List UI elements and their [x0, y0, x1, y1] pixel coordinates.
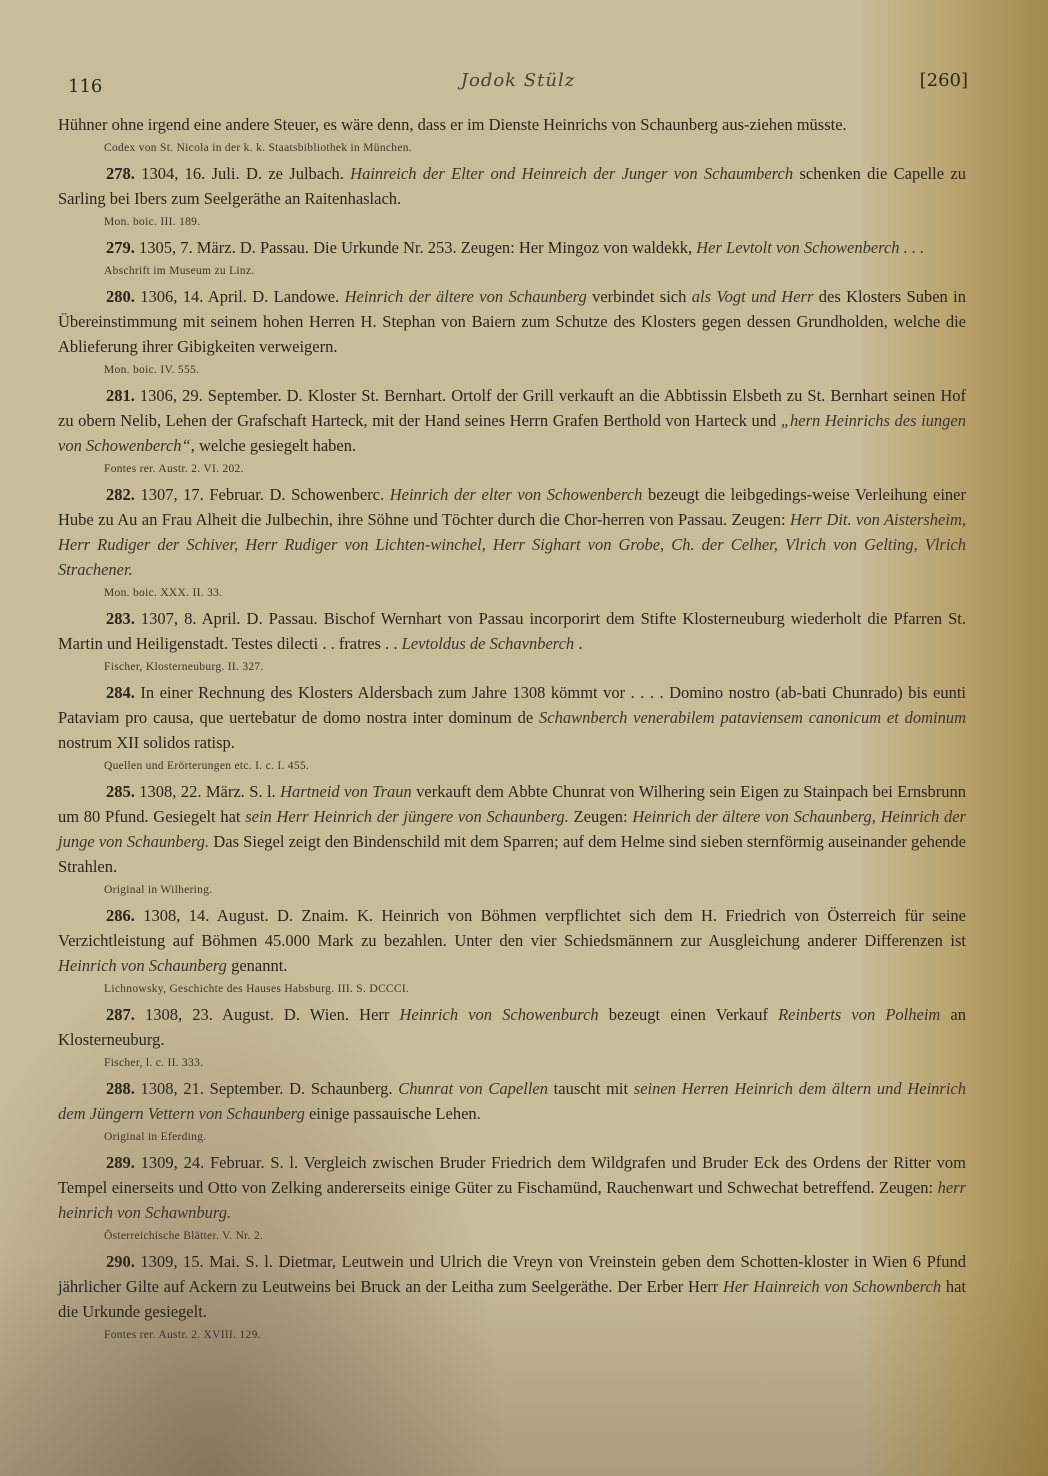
entry-item: 290. 1309, 15. Mai. S. l. Dietmar, Leutw…	[58, 1249, 966, 1346]
entry-text: 279. 1305, 7. März. D. Passau. Die Urkun…	[58, 235, 966, 260]
source-citation: Mon. boic. III. 189.	[104, 211, 966, 233]
text-segment: 1305, 7. März. D. Passau. Die Urkunde Nr…	[135, 238, 696, 257]
text-segment: 1309, 24. Februar. S. l. Vergleich zwisc…	[58, 1153, 966, 1197]
italic-name-segment: Levtoldus de Schavnberch	[402, 634, 575, 653]
text-segment: bezeugt einen Verkauf	[599, 1005, 778, 1024]
entry-number: 290.	[106, 1252, 135, 1271]
italic-name-segment: Heinrich der ältere von Schaunberg	[345, 287, 587, 306]
continuation-paragraph: Hühner ohne irgend eine andere Steuer, e…	[58, 112, 966, 137]
source-citation: Quellen und Erörterungen etc. I. c. I. 4…	[104, 755, 966, 777]
entry-number: 289.	[106, 1153, 135, 1172]
source-citation: Fontes rer. Austr. 2. VI. 202.	[104, 458, 966, 480]
entry-item: 289. 1309, 24. Februar. S. l. Vergleich …	[58, 1150, 966, 1247]
italic-name-segment: Chunrat von Capellen	[398, 1079, 548, 1098]
text-segment: tauscht mit	[548, 1079, 634, 1098]
entry-item: 286. 1308, 14. August. D. Znaim. K. Hein…	[58, 903, 966, 1000]
text-segment: nostrum XII solidos ratisp.	[58, 733, 235, 752]
source-citation: Mon. boic. IV. 555.	[104, 359, 966, 381]
italic-name-segment: als Vogt und Herr	[692, 287, 814, 306]
source-citation: Fischer, Klosterneuburg. II. 327.	[104, 656, 966, 678]
bracket-page-number: [260]	[920, 70, 968, 91]
source-citation: Original in Eferding.	[104, 1126, 966, 1148]
entry-number: 282.	[106, 485, 135, 504]
entry-number: 281.	[106, 386, 135, 405]
source-citation: Österreichische Blätter. V. Nr. 2.	[104, 1225, 966, 1247]
source-citation: Lichnowsky, Geschichte des Hauses Habsbu…	[104, 978, 966, 1000]
text-segment: 1308, 14. August. D. Znaim. K. Heinrich …	[58, 906, 966, 950]
entry-item: 282. 1307, 17. Februar. D. Schowenberc. …	[58, 482, 966, 604]
italic-name-segment: Her Levtolt von Schowenberch . . .	[696, 238, 924, 257]
entry-number: 280.	[106, 287, 135, 306]
entry-item: 278. 1304, 16. Juli. D. ze Julbach. Hain…	[58, 161, 966, 233]
entry-item: 283. 1307, 8. April. D. Passau. Bischof …	[58, 606, 966, 678]
entry-text: 285. 1308, 22. März. S. l. Hartneid von …	[58, 779, 966, 879]
italic-name-segment: Reinberts von Polheim	[778, 1005, 940, 1024]
entry-text: 282. 1307, 17. Februar. D. Schowenberc. …	[58, 482, 966, 582]
entry-text: 286. 1308, 14. August. D. Znaim. K. Hein…	[58, 903, 966, 978]
page-header: 116 Jodok Stülz [260]	[68, 70, 968, 100]
entry-item: 280. 1306, 14. April. D. Landowe. Heinri…	[58, 284, 966, 381]
entry-text: 288. 1308, 21. September. D. Schaunberg.…	[58, 1076, 966, 1126]
source-citation: Fontes rer. Austr. 2. XVIII. 129.	[104, 1324, 966, 1346]
text-segment: 1308, 23. August. D. Wien. Herr	[135, 1005, 400, 1024]
entry-number: 279.	[106, 238, 135, 257]
italic-name-segment: Heinrich von Schowenburch	[399, 1005, 598, 1024]
italic-name-segment: Hainreich der Elter ond Heinreich der Ju…	[350, 164, 793, 183]
italic-name-segment: Schawnberch venerabilem pataviensem cano…	[539, 708, 966, 727]
entry-number: 288.	[106, 1079, 135, 1098]
entry-item: 285. 1308, 22. März. S. l. Hartneid von …	[58, 779, 966, 901]
text-segment: , welche gesiegelt haben.	[191, 436, 356, 455]
entry-number: 284.	[106, 683, 135, 702]
entry-number: 286.	[106, 906, 135, 925]
source-citation: Mon. boic. XXX. II. 33.	[104, 582, 966, 604]
text-segment: verbindet sich	[587, 287, 692, 306]
text-segment: 1308, 22. März. S. l.	[135, 782, 280, 801]
entry-item: 279. 1305, 7. März. D. Passau. Die Urkun…	[58, 235, 966, 282]
italic-name-segment: sein Herr Heinrich der jüngere von Schau…	[245, 807, 569, 826]
source-citation: Fischer, l. c. II. 333.	[104, 1052, 966, 1074]
entry-text: 280. 1306, 14. April. D. Landowe. Heinri…	[58, 284, 966, 359]
entry-text: 287. 1308, 23. August. D. Wien. Herr Hei…	[58, 1002, 966, 1052]
entry-text: 283. 1307, 8. April. D. Passau. Bischof …	[58, 606, 966, 656]
entry-text: 289. 1309, 24. Februar. S. l. Vergleich …	[58, 1150, 966, 1225]
entry-number: 278.	[106, 164, 135, 183]
text-segment: 1306, 14. April. D. Landowe.	[135, 287, 345, 306]
entry-number: 283.	[106, 609, 135, 628]
text-segment: genannt.	[227, 956, 287, 975]
page-body: Hühner ohne irgend eine andere Steuer, e…	[58, 112, 966, 1346]
text-segment: 1304, 16. Juli. D. ze Julbach.	[135, 164, 350, 183]
italic-name-segment: Heinrich der elter von Schowenberch	[390, 485, 643, 504]
running-title: Jodok Stülz	[68, 70, 968, 91]
entry-item: 288. 1308, 21. September. D. Schaunberg.…	[58, 1076, 966, 1148]
entry-item: 284. In einer Rechnung des Klosters Alde…	[58, 680, 966, 777]
entry-text: 290. 1309, 15. Mai. S. l. Dietmar, Leutw…	[58, 1249, 966, 1324]
entry-item: 287. 1308, 23. August. D. Wien. Herr Hei…	[58, 1002, 966, 1074]
italic-name-segment: Her Hainreich von Schownberch	[723, 1277, 941, 1296]
text-segment: Zeugen:	[569, 807, 633, 826]
text-segment: 1307, 17. Februar. D. Schowenberc.	[135, 485, 390, 504]
italic-name-segment: Hartneid von Traun	[280, 782, 412, 801]
entry-item: 281. 1306, 29. September. D. Kloster St.…	[58, 383, 966, 480]
source-citation: Original in Wilhering.	[104, 879, 966, 901]
italic-name-segment: Heinrich von Schaunberg	[58, 956, 227, 975]
source-citation: Abschrift im Museum zu Linz.	[104, 260, 966, 282]
entry-number: 287.	[106, 1005, 135, 1024]
entry-number: 285.	[106, 782, 135, 801]
entry-text: 284. In einer Rechnung des Klosters Alde…	[58, 680, 966, 755]
entry-text: 278. 1304, 16. Juli. D. ze Julbach. Hain…	[58, 161, 966, 211]
book-page: 116 Jodok Stülz [260] Hühner ohne irgend…	[0, 0, 1048, 1476]
text-segment: einige passauische Lehen.	[305, 1104, 481, 1123]
text-segment: 1308, 21. September. D. Schaunberg.	[135, 1079, 398, 1098]
entries-list: 278. 1304, 16. Juli. D. ze Julbach. Hain…	[58, 161, 966, 1346]
entry-text: 281. 1306, 29. September. D. Kloster St.…	[58, 383, 966, 458]
source-citation: Codex von St. Nicola in der k. k. Staats…	[104, 137, 966, 159]
text-segment: .	[574, 634, 582, 653]
